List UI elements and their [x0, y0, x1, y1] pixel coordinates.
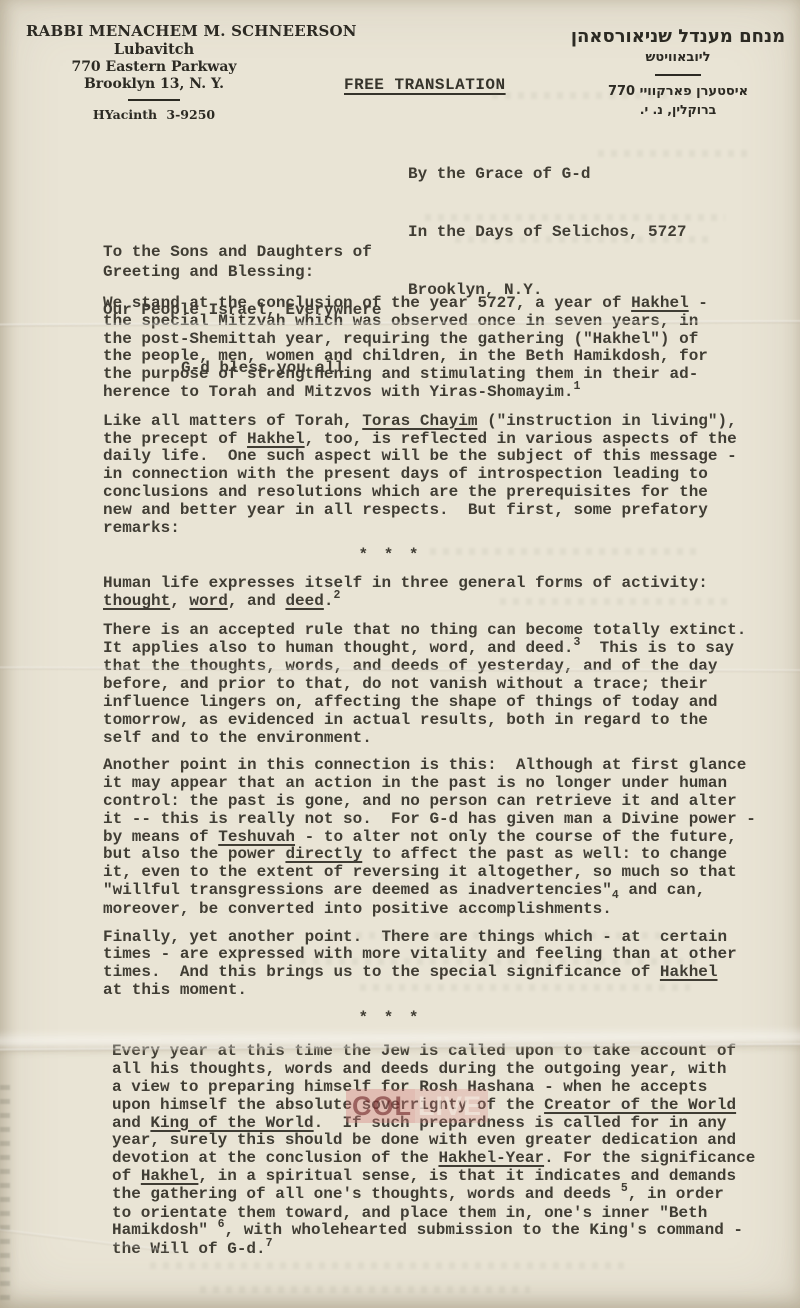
- rabbi-name-hebrew: מנחם מענדל שניאורסאהן: [562, 26, 794, 47]
- left-edge-bleed-marks: [0, 1085, 10, 1308]
- stars-separator: * * *: [103, 1010, 795, 1028]
- body-text: Finally, yet another point. There are th…: [103, 928, 737, 982]
- paragraph: There is an accepted rule that no thing …: [103, 622, 795, 748]
- underlined-term: Hakhel: [141, 1167, 199, 1185]
- letterhead-divider: [128, 99, 180, 101]
- paragraph: Every year at this time the Jew is calle…: [103, 1043, 795, 1260]
- underlined-term: thought: [103, 592, 170, 610]
- underlined-term: word: [189, 592, 227, 610]
- letterhead-english: RABBI MENACHEM M. SCHNEERSON Lubavitch 7…: [26, 22, 282, 122]
- organization-name: Lubavitch: [26, 41, 282, 58]
- organization-name-hebrew: ליובאוויטש: [562, 50, 794, 65]
- paragraph: Another point in this connection is this…: [103, 757, 795, 918]
- body-text: at this moment.: [103, 981, 247, 999]
- street-address: 770 Eastern Parkway: [26, 59, 282, 75]
- city-address: Brooklyn 13, N. Y.: [26, 76, 282, 92]
- body-text: , and: [228, 592, 286, 610]
- underlined-term: King of the World: [150, 1114, 313, 1132]
- underlined-term: Hakhel-Year: [438, 1149, 544, 1167]
- footnote-marker: 4: [612, 889, 619, 902]
- city-address-hebrew: ברוקלין, נ. י.: [562, 102, 794, 117]
- letterhead-hebrew: מנחם מענדל שניאורסאהן ליובאוויטש איסטערן…: [562, 26, 794, 117]
- body-text: ,: [170, 592, 189, 610]
- body-text: We stand at the conclusion of the year 5…: [103, 294, 631, 312]
- footnote-marker: 2: [333, 589, 340, 602]
- underlined-term: Toras Chayim: [362, 412, 477, 430]
- body-text: and: [112, 1114, 150, 1132]
- underlined-term: deed: [285, 592, 323, 610]
- dateline-grace: By the Grace of G-d: [408, 165, 686, 184]
- footnote-marker: 1: [573, 380, 580, 393]
- underlined-term: Creator of the World: [544, 1096, 736, 1114]
- underlined-term: Hakhel: [660, 963, 718, 981]
- underlined-term: Teshuvah: [218, 828, 295, 846]
- footnote-marker: 6: [218, 1218, 225, 1231]
- footnote-marker: 5: [621, 1182, 628, 1195]
- paragraph: We stand at the conclusion of the year 5…: [103, 295, 795, 403]
- letterhead-divider-hebrew: [655, 74, 701, 76]
- paragraph: Finally, yet another point. There are th…: [103, 929, 795, 1000]
- recipient-line-1: To the Sons and Daughters of: [103, 243, 381, 262]
- paragraph: Like all matters of Torah, Toras Chayim …: [103, 413, 795, 538]
- stars-separator: * * *: [103, 547, 795, 565]
- footnote-marker: 7: [266, 1237, 273, 1250]
- salutation: Greeting and Blessing:: [103, 263, 314, 282]
- underlined-term: directly: [285, 845, 362, 863]
- free-translation-label: FREE TRANSLATION: [344, 76, 506, 94]
- street-address-hebrew: איסטערן פארקוויי 770: [562, 84, 794, 99]
- letter-scan-page: RABBI MENACHEM M. SCHNEERSON Lubavitch 7…: [0, 0, 800, 1308]
- phone-number: HYacinth 3-9250: [26, 107, 282, 122]
- body-text: .: [324, 592, 334, 610]
- body-text: Like all matters of Torah,: [103, 412, 362, 430]
- dateline-date: In the Days of Selichos, 5727: [408, 223, 686, 242]
- underlined-term: Hakhel: [247, 430, 305, 448]
- footnote-marker: 3: [573, 636, 580, 649]
- bleed-through-smudge: [200, 1286, 530, 1293]
- paragraph: Human life expresses itself in three gen…: [103, 575, 795, 612]
- underlined-term: Hakhel: [631, 294, 689, 312]
- rabbi-name: RABBI MENACHEM M. SCHNEERSON: [26, 22, 282, 40]
- letter-body: We stand at the conclusion of the year 5…: [103, 295, 795, 1270]
- body-text: Human life expresses itself in three gen…: [103, 574, 708, 592]
